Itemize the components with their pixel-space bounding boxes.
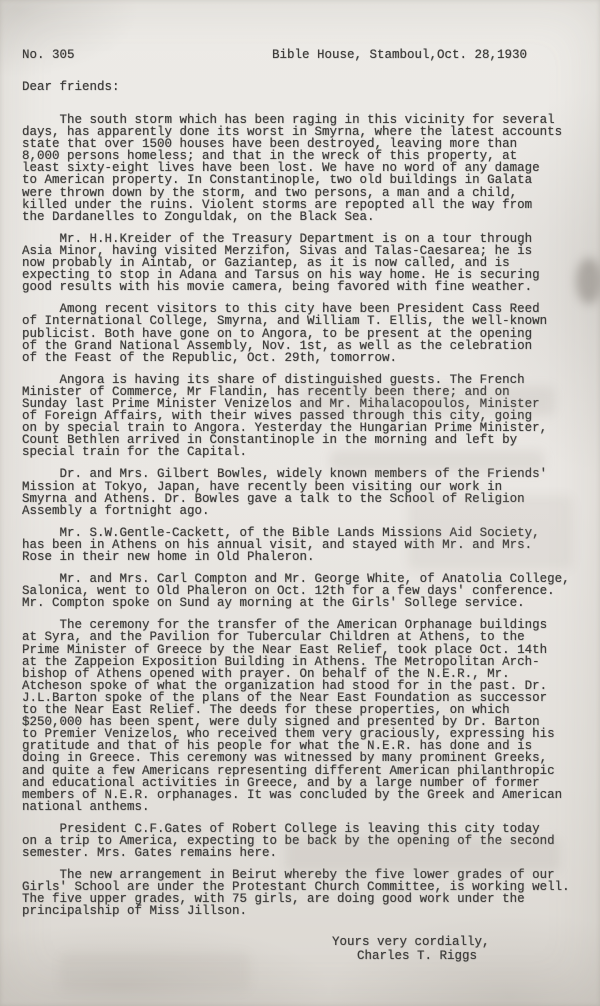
closing-block: Yours very cordially, Charles T. Riggs [332,936,490,963]
letter-paragraph-1: The south storm which has been raging in… [22,114,582,223]
letter-paragraph-7: Mr. and Mrs. Carl Compton and Mr. George… [22,573,582,609]
letter-paragraph-3: Among recent visitors to this city have … [22,303,582,363]
letter-paragraph-6: Mr. S.W.Gentle-Cackett, of the Bible Lan… [22,527,582,563]
letter-paragraph-10: The new arrangement in Beirut whereby th… [22,869,582,917]
letter-paragraph-5: Dr. and Mrs. Gilbert Bowles, widely know… [22,468,582,516]
letter-paragraph-8: The ceremony for the transfer of the Ame… [22,619,582,813]
closing-line: Yours very cordially, [332,936,490,950]
letter-page: No. 305 Bible House, Stamboul,Oct. 28,19… [0,0,600,1006]
salutation: Dear friends: [22,81,120,93]
letter-number: No. 305 [22,49,75,61]
letter-body: The south storm which has been raging in… [22,114,582,928]
letter-paragraph-9: President C.F.Gates of Robert College is… [22,823,582,859]
signature-name: Charles T. Riggs [357,950,490,964]
letter-paragraph-2: Mr. H.H.Kreider of the Treasury Departme… [22,233,582,293]
bleedthrough-smudge [60,952,250,992]
letter-paragraph-4: Angora is having its share of distinguis… [22,374,582,459]
letter-dateline: Bible House, Stamboul,Oct. 28,1930 [272,49,527,61]
